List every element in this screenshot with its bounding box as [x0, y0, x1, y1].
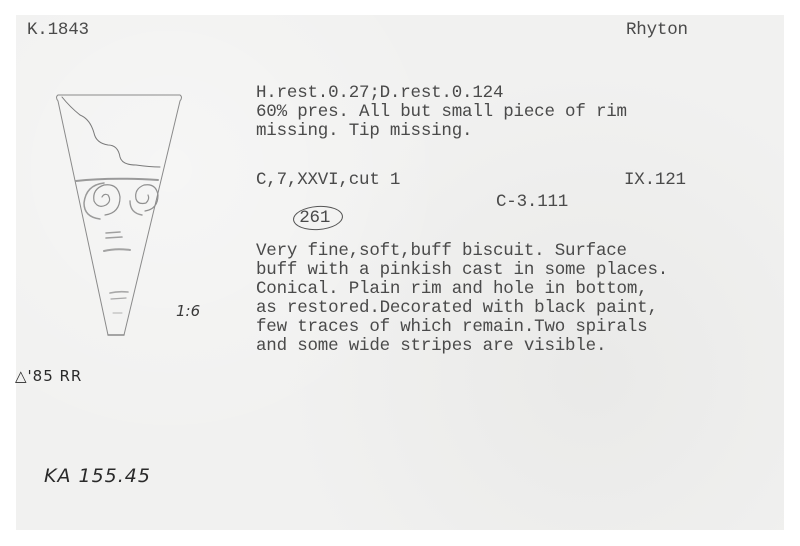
- description-line-4: as restored.Decorated with black paint,: [256, 299, 658, 318]
- handwritten-note: △'85 RR: [15, 367, 82, 385]
- rhyton-drawing: [50, 85, 190, 340]
- context: C,7,XXVI,cut 1: [256, 171, 400, 190]
- measurements: H.rest.0.27;D.rest.0.124: [256, 84, 503, 103]
- description-line-3: Conical. Plain rim and hole in bottom,: [256, 280, 647, 299]
- circled-number: 261: [258, 190, 330, 247]
- description-line-5: few traces of which remain.Two spirals: [256, 318, 647, 337]
- description-line-1: Very fine,soft,buff biscuit. Surface: [256, 242, 627, 261]
- inventory-number: KA 155.45: [44, 465, 151, 487]
- preservation-line-1: 60% pres. All but small piece of rim: [256, 103, 627, 122]
- catalog-number: K.1843: [27, 21, 89, 40]
- negative-number: C-3.111: [496, 193, 568, 212]
- object-type: Rhyton: [626, 21, 688, 40]
- description-line-6: and some wide stripes are visible.: [256, 337, 606, 356]
- circled-number-value: 261: [299, 209, 330, 228]
- reference-right: IX.121: [624, 171, 686, 190]
- preservation-line-2: missing. Tip missing.: [256, 122, 472, 141]
- description-line-2: buff with a pinkish cast in some places.: [256, 261, 668, 280]
